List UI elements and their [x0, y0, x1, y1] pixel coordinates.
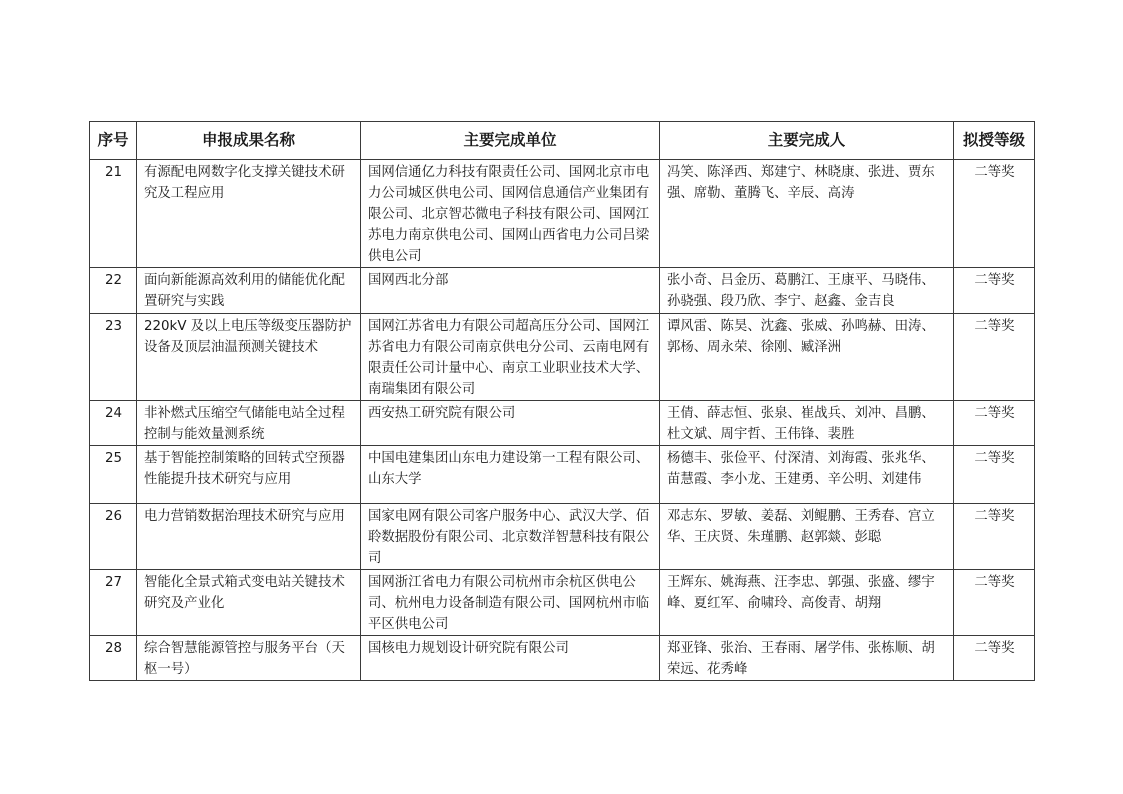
- cell-unit: 国核电力规划设计研究院有限公司: [361, 636, 660, 681]
- cell-name: 有源配电网数字化支撑关键技术研究及工程应用: [137, 160, 361, 268]
- cell-name: 智能化全景式箱式变电站关键技术研究及产业化: [137, 570, 361, 636]
- cell-level: 二等奖: [954, 160, 1035, 268]
- header-level: 拟授等级: [954, 122, 1035, 160]
- cell-no: 28: [90, 636, 137, 681]
- cell-unit: 国网西北分部: [361, 268, 660, 314]
- cell-no: 23: [90, 314, 137, 401]
- header-no: 序号: [90, 122, 137, 160]
- header-person: 主要完成人: [660, 122, 954, 160]
- cell-no: 22: [90, 268, 137, 314]
- cell-name: 电力营销数据治理技术研究与应用: [137, 504, 361, 570]
- cell-level: 二等奖: [954, 570, 1035, 636]
- cell-no: 26: [90, 504, 137, 570]
- cell-name: 基于智能控制策略的回转式空预器性能提升技术研究与应用: [137, 446, 361, 504]
- cell-person: 谭风雷、陈昊、沈鑫、张威、孙鸣赫、田涛、郭杨、周永荣、徐刚、臧泽洲: [660, 314, 954, 401]
- cell-person: 杨德丰、张俭平、付深清、刘海霞、张兆华、苗慧霞、李小龙、王建勇、辛公明、刘建伟: [660, 446, 954, 504]
- cell-name: 综合智慧能源管控与服务平台（天枢一号）: [137, 636, 361, 681]
- cell-unit: 国网江苏省电力有限公司超高压分公司、国网江苏省电力有限公司南京供电分公司、云南电…: [361, 314, 660, 401]
- cell-level: 二等奖: [954, 268, 1035, 314]
- table-row: 28 综合智慧能源管控与服务平台（天枢一号） 国核电力规划设计研究院有限公司 郑…: [90, 636, 1035, 681]
- cell-name: 220kV 及以上电压等级变压器防护设备及顶层油温预测关键技术: [137, 314, 361, 401]
- table-row: 21 有源配电网数字化支撑关键技术研究及工程应用 国网信通亿力科技有限责任公司、…: [90, 160, 1035, 268]
- table-row: 27 智能化全景式箱式变电站关键技术研究及产业化 国网浙江省电力有限公司杭州市余…: [90, 570, 1035, 636]
- cell-unit: 国网信通亿力科技有限责任公司、国网北京市电力公司城区供电公司、国网信息通信产业集…: [361, 160, 660, 268]
- table-row: 26 电力营销数据治理技术研究与应用 国家电网有限公司客户服务中心、武汉大学、佰…: [90, 504, 1035, 570]
- table-header-row: 序号 申报成果名称 主要完成单位 主要完成人 拟授等级: [90, 122, 1035, 160]
- cell-level: 二等奖: [954, 401, 1035, 446]
- header-unit: 主要完成单位: [361, 122, 660, 160]
- cell-person: 冯笑、陈泽西、郑建宁、林晓康、张进、贾东强、席勒、董腾飞、辛辰、高涛: [660, 160, 954, 268]
- table-row: 22 面向新能源高效利用的储能优化配置研究与实践 国网西北分部 张小奇、吕金历、…: [90, 268, 1035, 314]
- cell-unit: 西安热工研究院有限公司: [361, 401, 660, 446]
- cell-level: 二等奖: [954, 504, 1035, 570]
- cell-no: 21: [90, 160, 137, 268]
- cell-person: 王辉东、姚海燕、汪李忠、郭强、张盛、缪宇峰、夏红军、俞啸玲、高俊青、胡翔: [660, 570, 954, 636]
- award-table: 序号 申报成果名称 主要完成单位 主要完成人 拟授等级 21 有源配电网数字化支…: [89, 121, 1035, 681]
- table-row: 24 非补燃式压缩空气储能电站全过程控制与能效量测系统 西安热工研究院有限公司 …: [90, 401, 1035, 446]
- cell-person: 郑亚锋、张治、王春雨、屠学伟、张栋顺、胡荣远、花秀峰: [660, 636, 954, 681]
- cell-no: 27: [90, 570, 137, 636]
- cell-level: 二等奖: [954, 314, 1035, 401]
- header-name: 申报成果名称: [137, 122, 361, 160]
- cell-level: 二等奖: [954, 636, 1035, 681]
- table-row: 23 220kV 及以上电压等级变压器防护设备及顶层油温预测关键技术 国网江苏省…: [90, 314, 1035, 401]
- cell-name: 面向新能源高效利用的储能优化配置研究与实践: [137, 268, 361, 314]
- cell-level: 二等奖: [954, 446, 1035, 504]
- cell-name: 非补燃式压缩空气储能电站全过程控制与能效量测系统: [137, 401, 361, 446]
- cell-person: 王倩、薛志恒、张泉、崔战兵、刘冲、昌鹏、杜文斌、周宇哲、王伟锋、裴胜: [660, 401, 954, 446]
- cell-person: 张小奇、吕金历、葛鹏江、王康平、马晓伟、孙骁强、段乃欣、李宁、赵鑫、金吉良: [660, 268, 954, 314]
- cell-no: 25: [90, 446, 137, 504]
- cell-no: 24: [90, 401, 137, 446]
- cell-unit: 中国电建集团山东电力建设第一工程有限公司、山东大学: [361, 446, 660, 504]
- cell-person: 邓志东、罗敏、姜磊、刘鲲鹏、王秀春、宫立华、王庆贤、朱瑾鹏、赵郭燚、彭聪: [660, 504, 954, 570]
- table-row: 25 基于智能控制策略的回转式空预器性能提升技术研究与应用 中国电建集团山东电力…: [90, 446, 1035, 504]
- cell-unit: 国网浙江省电力有限公司杭州市余杭区供电公司、杭州电力设备制造有限公司、国网杭州市…: [361, 570, 660, 636]
- cell-unit: 国家电网有限公司客户服务中心、武汉大学、佰聆数据股份有限公司、北京数洋智慧科技有…: [361, 504, 660, 570]
